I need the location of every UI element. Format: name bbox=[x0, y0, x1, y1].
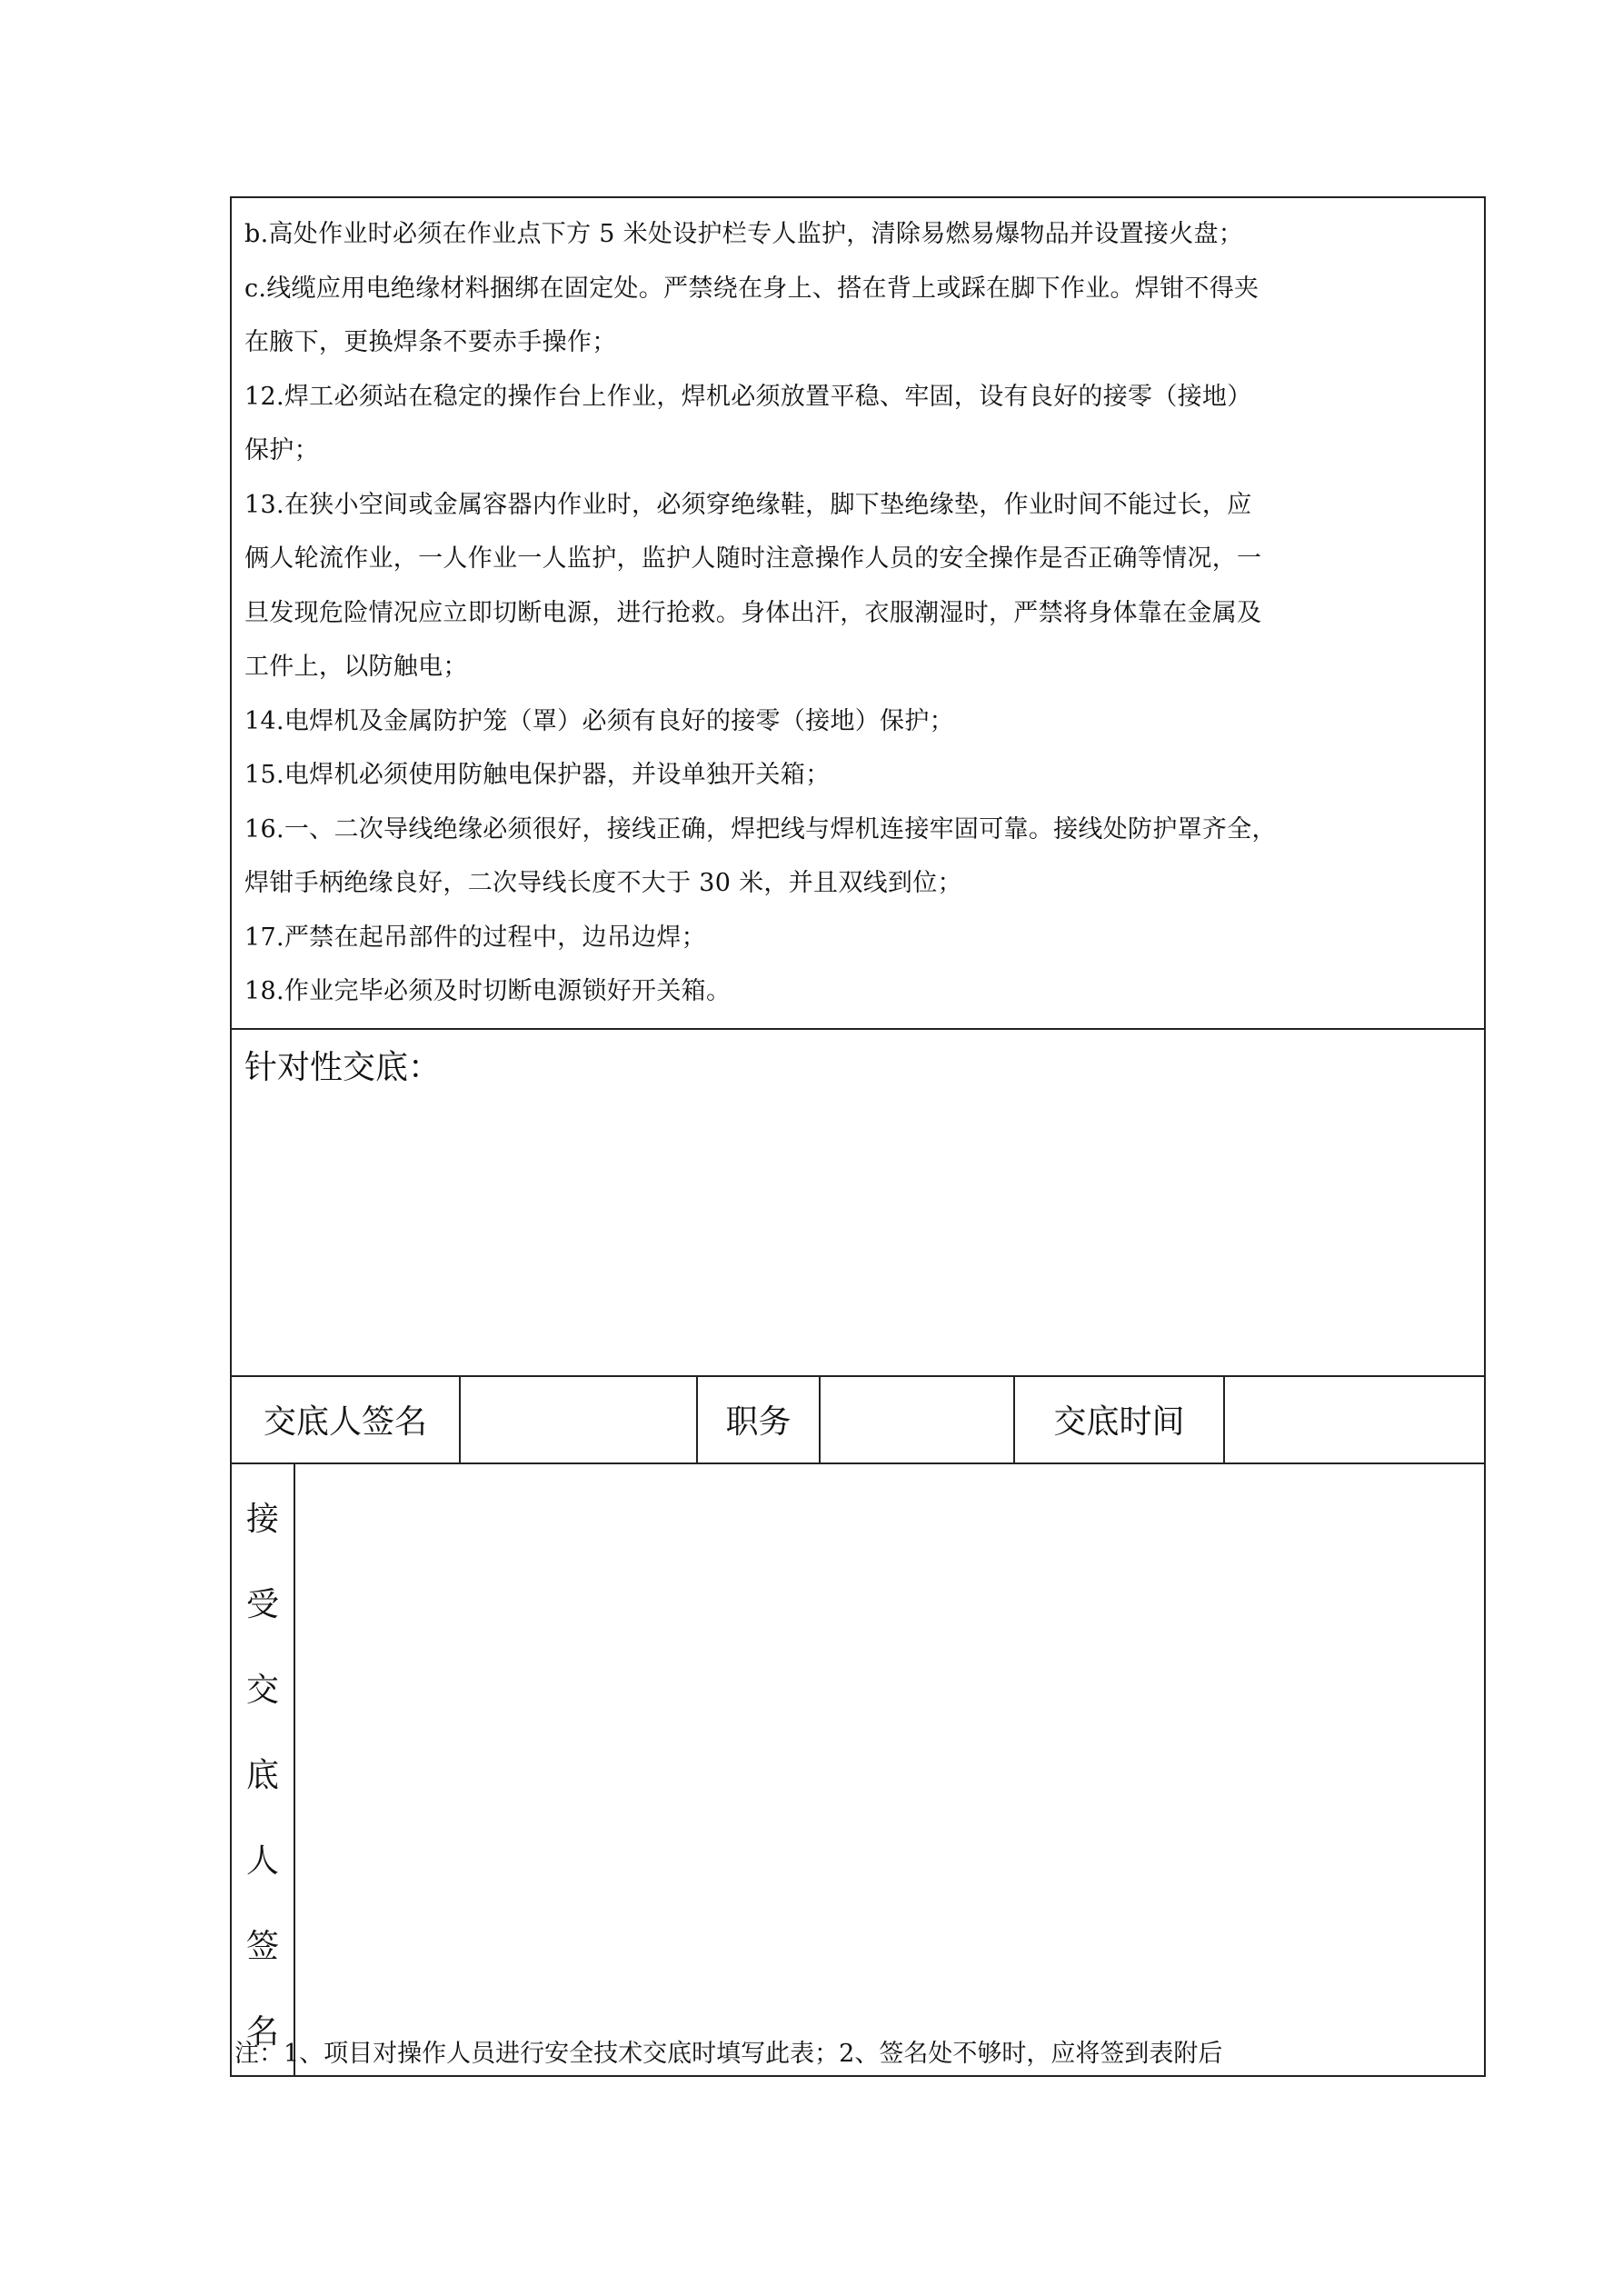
rule-line: 焊钳手柄绝缘良好，二次导线长度不大于 30 米，并且双线到位； bbox=[244, 856, 1471, 911]
rule-line: 旦发现危险情况应立即切断电源，进行抢救。身体出汗，衣服潮湿时，严禁将身体靠在金属… bbox=[244, 586, 1471, 641]
position-field[interactable] bbox=[820, 1376, 1014, 1463]
rule-line: 16.一、二次导线绝缘必须很好，接线正确，焊把线与焊机连接牢固可靠。接线处防护罩… bbox=[244, 803, 1471, 857]
receivers-label-char: 签 bbox=[232, 1904, 294, 1990]
receivers-row: 接 受 交 底 人 签 名 bbox=[231, 1463, 1485, 2076]
rule-line: b.高处作业时必须在作业点下方 5 米处设护栏专人监护，清除易燃易爆物品并设置接… bbox=[244, 207, 1471, 262]
rule-line: 12.焊工必须站在稳定的操作台上作业，焊机必须放置平稳、牢固，设有良好的接零（接… bbox=[244, 370, 1471, 424]
rule-line: 俩人轮流作业，一人作业一人监护，监护人随时注意操作人员的安全操作是否正确等情况，… bbox=[244, 532, 1471, 586]
focus-briefing-label: 针对性交底： bbox=[244, 1041, 1471, 1095]
rule-line: c.线缆应用电绝缘材料捆绑在固定处。严禁绕在身上、搭在背上或踩在脚下作业。焊钳不… bbox=[244, 262, 1471, 316]
signature-row: 交底人签名 职务 交底时间 bbox=[231, 1376, 1485, 1463]
rule-line: 18.作业完毕必须及时切断电源锁好开关箱。 bbox=[244, 964, 1471, 1019]
receivers-label-char: 受 bbox=[232, 1562, 294, 1648]
briefing-time-label: 交底时间 bbox=[1014, 1376, 1224, 1463]
safety-briefing-form: b.高处作业时必须在作业点下方 5 米处设护栏专人监护，清除易燃易爆物品并设置接… bbox=[230, 196, 1484, 2077]
rule-line: 在腋下，更换焊条不要赤手操作； bbox=[244, 315, 1471, 370]
receivers-label-char: 交 bbox=[232, 1648, 294, 1733]
rule-line: 保护； bbox=[244, 424, 1471, 478]
form-table: b.高处作业时必须在作业点下方 5 米处设护栏专人监护，清除易燃易爆物品并设置接… bbox=[230, 196, 1486, 2077]
footnote: 注：1、项目对操作人员进行安全技术交底时填写此表；2、签名处不够时，应将签到表附… bbox=[234, 2036, 1222, 2072]
rule-line: 13.在狭小空间或金属容器内作业时，必须穿绝缘鞋，脚下垫绝缘垫，作业时间不能过长… bbox=[244, 478, 1471, 533]
receivers-label-char: 底 bbox=[232, 1733, 294, 1819]
rule-line: 17.严禁在起吊部件的过程中，边吊边焊； bbox=[244, 911, 1471, 965]
rules-cell: b.高处作业时必须在作业点下方 5 米处设护栏专人监护，清除易燃易爆物品并设置接… bbox=[231, 197, 1485, 1029]
signer-field[interactable] bbox=[460, 1376, 697, 1463]
receivers-label-char: 人 bbox=[232, 1819, 294, 1904]
focus-row: 针对性交底： bbox=[231, 1029, 1485, 1376]
briefing-time-field[interactable] bbox=[1224, 1376, 1485, 1463]
focus-briefing-field[interactable]: 针对性交底： bbox=[231, 1029, 1485, 1376]
rule-line: 15.电焊机必须使用防触电保护器，并设单独开关箱； bbox=[244, 748, 1471, 803]
rule-line: 工件上，以防触电； bbox=[244, 640, 1471, 694]
signer-label: 交底人签名 bbox=[231, 1376, 460, 1463]
receivers-label: 接 受 交 底 人 签 名 bbox=[231, 1463, 294, 2076]
receivers-label-char: 接 bbox=[232, 1477, 294, 1562]
rules-row: b.高处作业时必须在作业点下方 5 米处设护栏专人监护，清除易燃易爆物品并设置接… bbox=[231, 197, 1485, 1029]
position-label: 职务 bbox=[697, 1376, 820, 1463]
receivers-signature-field[interactable] bbox=[294, 1463, 1485, 2076]
rule-line: 14.电焊机及金属防护笼（罩）必须有良好的接零（接地）保护； bbox=[244, 694, 1471, 749]
